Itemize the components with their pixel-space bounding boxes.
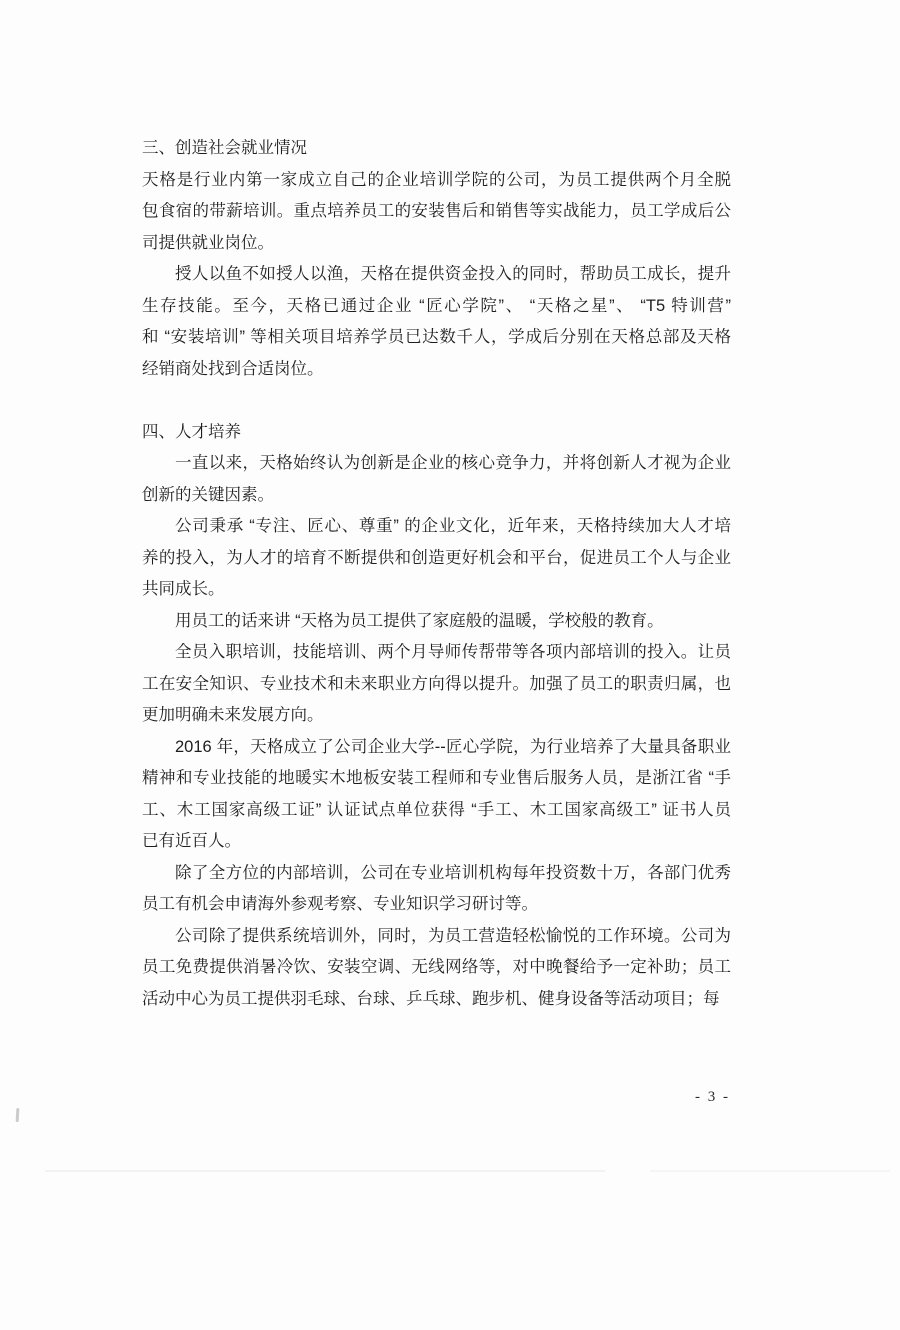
text-line: 养的投入，为人才的培育不断提供和创造更好机会和平台，促进员工个人与企业 [142,543,731,575]
text-line: 包食宿的带薪培训。重点培养员工的安装售后和销售等实战能力，员工学成后公 [142,196,731,228]
paragraph: 2016 年，天格成立了公司企业大学--匠心学院，为行业培养了大量具备职业精神和… [142,732,731,858]
text-line: 员工有机会申请海外参观考察、专业知识学习研讨等。 [142,889,731,921]
text-line: 活动中心为员工提供羽毛球、台球、乒乓球、跑步机、健身设备等活动项目；每 [142,984,731,1016]
text-line: 授人以鱼不如授人以渔，天格在提供资金投入的同时，帮助员工成长，提升 [142,259,731,291]
blank-line [142,385,731,417]
paragraph: 除了全方位的内部培训，公司在专业培训机构每年投资数十万，各部门优秀员工有机会申请… [142,858,731,921]
text-line: 和 “安装培训” 等相关项目培养学员已达数千人，学成后分别在天格总部及天格 [142,322,731,354]
paragraph: 公司除了提供系统培训外，同时，为员工营造轻松愉悦的工作环境。公司为员工免费提供消… [142,921,731,1016]
text-line: 共同成长。 [142,574,731,606]
text-line: 工在安全知识、专业技术和未来职业方向得以提升。加强了员工的职责归属，也 [142,669,731,701]
paragraph: 授人以鱼不如授人以渔，天格在提供资金投入的同时，帮助员工成长，提升生存技能。至今… [142,259,731,385]
text-line: 四、人才培养 [142,417,731,449]
paragraph: 公司秉承 “专注、匠心、尊重” 的企业文化，近年来，天格持续加大人才培养的投入，… [142,511,731,606]
text-line: 用员工的话来讲 “天格为员工提供了家庭般的温暖，学校般的教育。 [142,606,731,638]
text-line: 三、创造社会就业情况 [142,133,731,165]
text-line: 除了全方位的内部培训，公司在专业培训机构每年投资数十万，各部门优秀 [142,858,731,890]
text-line: 已有近百人。 [142,826,731,858]
paragraph: 用员工的话来讲 “天格为员工提供了家庭般的温暖，学校般的教育。 [142,606,731,638]
text-line: 司提供就业岗位。 [142,228,731,260]
text-line: 创新的关键因素。 [142,480,731,512]
scan-artifact-mark [16,1108,20,1122]
text-line: 员工免费提供消暑冷饮、安装空调、无线网络等，对中晚餐给予一定补助；员工 [142,952,731,984]
text-line: 天格是行业内第一家成立自己的企业培训学院的公司，为员工提供两个月全脱产、 [142,165,731,197]
page-number: - 3 - [695,1089,730,1106]
scan-artifact-streak [45,1170,605,1172]
paragraph: 全员入职培训，技能培训、两个月导师传帮带等各项内部培训的投入。让员工在安全知识、… [142,637,731,732]
text-line: 工、木工国家高级工证” 认证试点单位获得 “手工、木工国家高级工” 证书人员 [142,795,731,827]
text-line: 公司除了提供系统培训外，同时，为员工营造轻松愉悦的工作环境。公司为 [142,921,731,953]
text-line: 2016 年，天格成立了公司企业大学--匠心学院，为行业培养了大量具备职业 [142,732,731,764]
section-heading-4: 四、人才培养 [142,417,731,449]
text-line: 公司秉承 “专注、匠心、尊重” 的企业文化，近年来，天格持续加大人才培 [142,511,731,543]
text-line: 精神和专业技能的地暖实木地板安装工程师和专业售后服务人员，是浙江省 “手 [142,763,731,795]
text-line: 全员入职培训，技能培训、两个月导师传帮带等各项内部培训的投入。让员 [142,637,731,669]
section-heading-3: 三、创造社会就业情况 [142,133,731,165]
text-line: 生存技能。至今，天格已通过企业 “匠心学院”、 “天格之星”、 “T5 特训营” [142,291,731,323]
scan-artifact-streak [650,1170,890,1172]
text-line: 一直以来，天格始终认为创新是企业的核心竞争力，并将创新人才视为企业 [142,448,731,480]
document-page: 三、创造社会就业情况天格是行业内第一家成立自己的企业培训学院的公司，为员工提供两… [0,0,900,1330]
paragraph: 天格是行业内第一家成立自己的企业培训学院的公司，为员工提供两个月全脱产、包食宿的… [142,165,731,260]
document-content: 三、创造社会就业情况天格是行业内第一家成立自己的企业培训学院的公司，为员工提供两… [142,133,731,1015]
text-line: 更加明确未来发展方向。 [142,700,731,732]
paragraph: 一直以来，天格始终认为创新是企业的核心竞争力，并将创新人才视为企业创新的关键因素… [142,448,731,511]
text-line: 经销商处找到合适岗位。 [142,354,731,386]
